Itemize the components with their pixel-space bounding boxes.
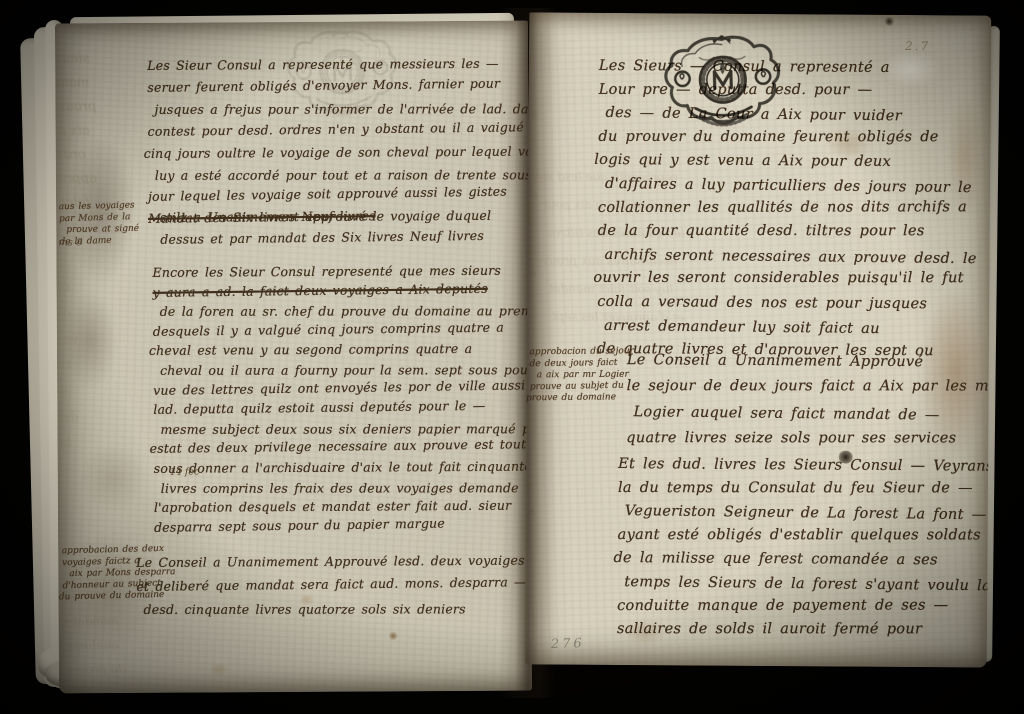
bleedthrough-line: la forest [525,445,529,472]
manuscript-paragraph: Et les dud. livres les Sieurs Consul — V… [617,453,990,644]
manuscript-paragraph: Les Sieur Consul a representé que messie… [147,53,528,231]
edge-scribble: ms 8 [58,237,82,248]
foxing-spot [209,662,229,676]
manuscript-line: sous donner a l'archisduaire d'aix le to… [154,456,532,478]
bleedthrough-line: commune dud lieu les consuls [55,275,71,303]
manuscript-entry: stilz a Unanimement approuvé le voyaige … [160,204,532,250]
interline-annotation: 14 fec [170,467,200,478]
ink-spot [389,631,398,640]
manuscript-entry: Le Conseil a Unanimement Approuvé lesd. … [136,549,528,622]
manuscript-paragraph: Encore les Sieur Consul representé que m… [152,261,532,538]
manuscript-line: contest pour desd. ordres n'en y obstant… [147,116,527,143]
bleedthrough-line: milisse [525,498,535,525]
manuscript-line: livres comprins les fraix des deux voyai… [161,478,532,498]
bleedthrough-line: prouve du domaine de lad dame [55,95,97,121]
ink-stamp-seal-art [665,34,780,126]
manuscript-line: estat des deux privilege necessaire aux … [149,435,532,459]
folio-number: 2.7 [905,39,930,53]
manuscript-page-right: consulvoyaige dudmandat livressieur de l… [525,12,992,667]
margin-note-line: de deux jours faict [530,357,630,370]
manuscript-line: la du temps du Consulat du feu Sieur de … [618,477,990,501]
ink-stamp-seal [659,30,786,129]
manuscript-line: du prouver du domaine feurent obligés de [598,126,970,150]
manuscript-line: sallaires de solds il auroit fermé pour [617,618,989,642]
manuscript-line: y aura a ad. la faict deux voyaiges a Ai… [152,278,532,302]
manuscript-line: de la four quantité desd. tiltres pour l… [598,220,970,244]
manuscript-line: Et les dud. livres les Sieurs Consul — V… [618,453,990,479]
manuscript-line: seruer feurent obligés d'envoyer Mons. f… [147,72,527,99]
manuscript-line: ayant esté obligés d'establir quelques s… [618,524,990,548]
manuscript-line: dessus et par mandat des Six livres Neuf… [160,224,532,251]
manuscript-line: et deliberé que mandat sera faict aud. m… [136,570,528,598]
manuscript-photo: sieur consul representé voyaigemandat de… [0,0,1024,714]
manuscript-line: Le Conseil a Unanimement Approuvé [627,347,992,376]
bleedthrough-line: deux sous six deniers papier [55,405,78,433]
bleedthrough-line: le tout fait cinquante livres [55,431,72,459]
manuscript-line: logis qui y est venu a Aix pour deux [594,149,970,175]
bleedthrough-line: soldats [525,472,528,499]
manuscript-line: arrest demandeur luy soit faict au [604,314,969,342]
bleedthrough-line: mandat sera faict aud sieur [55,609,119,635]
manuscript-line: le sejour de deux jours faict a Aix par … [627,373,992,399]
manuscript-entry: Le Conseil a Unanimement Approuvéle sejo… [626,347,991,454]
ink-spot [884,17,894,26]
manuscript-line: conduitte manque de payement de ses — [617,594,989,618]
manuscript-line: lad. deputta quilz estoit aussi deputés … [153,395,532,419]
manuscript-line: ouvrir les seront considerables puisqu'i… [593,267,969,291]
manuscript-line: desd. cinquante livres quatorze sols six… [144,597,529,621]
bleedthrough-line: aix pour le subject desd habitans [55,119,90,145]
manuscript-line: cinq jours oultre le voyaige de son chev… [144,140,528,164]
bleedthrough-line: soit approuvé aussi les gistes [55,379,67,407]
manuscript-line: collationner les quallités de nos dits a… [598,196,970,220]
bleedthrough-line: quatorze sols six deniers [55,633,119,659]
ink-smudge [61,291,120,391]
bleedthrough-line: voyaige de son cheval pour [55,327,78,355]
stain [78,443,148,513]
margin-note-line: prouve du domaine [526,392,630,405]
bleedthrough-line: ordonné que lesd voyaiges seront [55,143,86,169]
manuscript-line: Les Sieurs — Consul a representé a [599,55,971,81]
bleedthrough-line: approuvés par le conseil de ville [55,167,97,193]
margin-note: approbacion du sejourde deux jours faict… [529,346,630,405]
manuscript-line: de la milisse que ferest comandée a ses [613,547,989,573]
bleedthrough-line: sieur consul representé voyaige [55,47,89,73]
pencil-page-number: 276 [551,636,585,652]
margin-note-line: prouve au subjet du [530,380,630,393]
bleedthrough-line: mandat des livres sous deniers [55,71,89,97]
bleedthrough-line: du prouve du domaine [55,657,126,683]
manuscript-line: desquels il y a valgué cinq jours compri… [153,317,532,341]
manuscript-page-left: sieur consul representé voyaigemandat de… [55,21,532,694]
bleedthrough-line: sallaires [525,525,528,552]
manuscript-line: quatre livres seize sols pour ses servic… [626,425,991,451]
manuscript-line: colla a versaud des nos est pour jusques [597,291,969,317]
bleedthrough-line: trente sous par jour lequel [55,353,71,381]
manuscript-line: cheval est venu y au segond comprins qua… [149,339,532,361]
bleedthrough-line: du domaine feurent obligés [55,301,71,329]
